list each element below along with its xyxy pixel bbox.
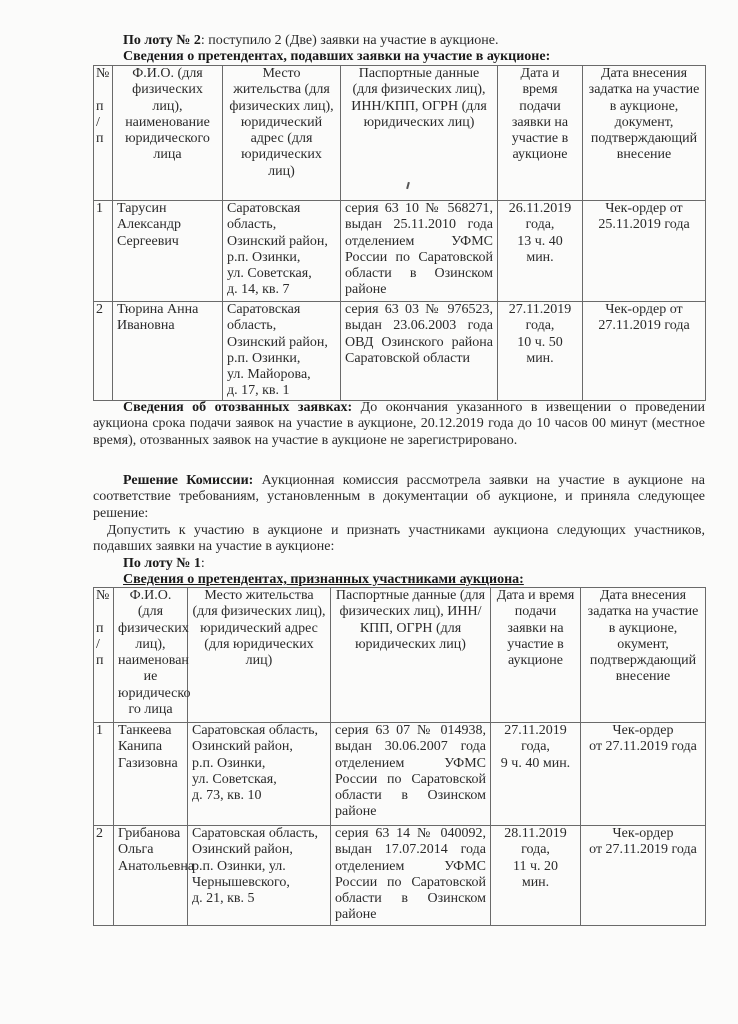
row-date: 26.11.2019 года, 13 ч. 40 мин. [498,201,583,302]
table-row: 1 Тарусин Александр Сергеевич Саратовска… [94,201,706,302]
col-header-date: Дата и время подачи заявки на участие в … [498,66,583,201]
col-header-deposit: Дата внесения задатка на участие в аукци… [583,66,706,201]
lot2-heading: По лоту № 2: поступило 2 (Две) заявки на… [93,33,705,49]
table-row: 2 Тюрина Анна Ивановна Саратовская облас… [94,302,706,401]
row-passport: серия 63 10 № 568271, выдан 25.11.2010 г… [341,201,498,302]
row-passport: серия 63 03 № 976523, выдан 23.06.2003 г… [341,302,498,401]
table-row: 2 Грибанова Ольга Анатольевна Саратовска… [94,826,706,926]
row-deposit: Чек-ордер от 27.11.2019 года [583,302,706,401]
row-address: Саратовская область, Озинский район, р.п… [223,201,341,302]
lot1-participants-table: № п / п Ф.И.О. (для физических лиц), наи… [93,587,706,926]
col-header-address: Место жительства (для физических лиц), ю… [223,66,341,201]
row-passport: серия 63 07 № 014938, выдан 30.06.2007 г… [331,723,491,826]
decision-label: Решение Комиссии: [123,473,253,488]
row-passport: серия 63 14 № 040092, выдан 17.07.2014 г… [331,826,491,926]
row-number: 2 [94,826,114,926]
withdrawn-paragraph: Сведения об отозванных заявках: До оконч… [93,400,705,449]
row-name: Танкеева Канипа Газизовна [114,723,188,826]
lot1-heading: По лоту № 1: [93,556,705,572]
row-deposit: Чек-ордер от 27.11.2019 года [581,723,706,826]
col-header-deposit: Дата внесения задатка на участие в аукци… [581,588,706,723]
lot1-heading-text: : [201,556,205,571]
withdrawn-label: Сведения об отозванных заявках: [123,400,352,415]
lot2-heading-bold: По лоту № 2 [123,33,201,48]
col-header-passport: Паспортные данные (для физических лиц), … [341,66,498,201]
row-name: Тюрина Анна Ивановна [113,302,223,401]
lot2-applicants-table: № п / п Ф.И.О. (для физических лиц), наи… [93,65,706,401]
admit-paragraph: Допустить к участию в аукционе и признат… [93,523,705,556]
lot2-table-title: Сведения о претендентах, подавших заявки… [93,49,705,65]
lot1-heading-bold: По лоту № 1 [123,556,201,571]
lot1-table-title-text: Сведения о претендентах, признанных учас… [123,572,524,587]
row-deposit: Чек-ордер от 27.11.2019 года [581,826,706,926]
row-number: 1 [94,723,114,826]
col-header-name: Ф.И.О. (для физических лиц), наименован … [114,588,188,723]
row-name: Грибанова Ольга Анатольевна [114,826,188,926]
row-address: Саратовская область, Озинский район, р.п… [223,302,341,401]
lot1-table-title: Сведения о претендентах, признанных учас… [93,572,705,588]
row-address: Саратовская область, Озинский район, р.п… [188,723,331,826]
col-header-passport: Паспортные данные (для физических лиц), … [331,588,491,723]
col-header-number: № п / п [94,66,113,201]
row-name: Тарусин Александр Сергеевич [113,201,223,302]
row-date: 28.11.2019 года, 11 ч. 20 мин. [491,826,581,926]
col-header-number: № п / п [94,588,114,723]
lot2-table-title-text: Сведения о претендентах, подавших заявки… [123,49,550,64]
table-row: 1 Танкеева Канипа Газизовна Саратовская … [94,723,706,826]
table-header-row: № п / п Ф.И.О. (для физических лиц), наи… [94,66,706,201]
col-header-address: Место жительства (для физических лиц), ю… [188,588,331,723]
table-header-row: № п / п Ф.И.О. (для физических лиц), наи… [94,588,706,723]
row-number: 2 [94,302,113,401]
row-deposit: Чек-ордер от 25.11.2019 года [583,201,706,302]
col-header-date: Дата и время подачи заявки на участие в … [491,588,581,723]
decision-paragraph: Решение Комиссии: Аукционная комиссия ра… [93,473,705,522]
col-header-name: Ф.И.О. (для физических лиц), наименовани… [113,66,223,201]
row-date: 27.11.2019 года, 10 ч. 50 мин. [498,302,583,401]
lot2-heading-text: : поступило 2 (Две) заявки на участие в … [201,33,499,48]
row-date: 27.11.2019 года, 9 ч. 40 мин. [491,723,581,826]
row-number: 1 [94,201,113,302]
row-address: Саратовская область, Озинский район, р.п… [188,826,331,926]
